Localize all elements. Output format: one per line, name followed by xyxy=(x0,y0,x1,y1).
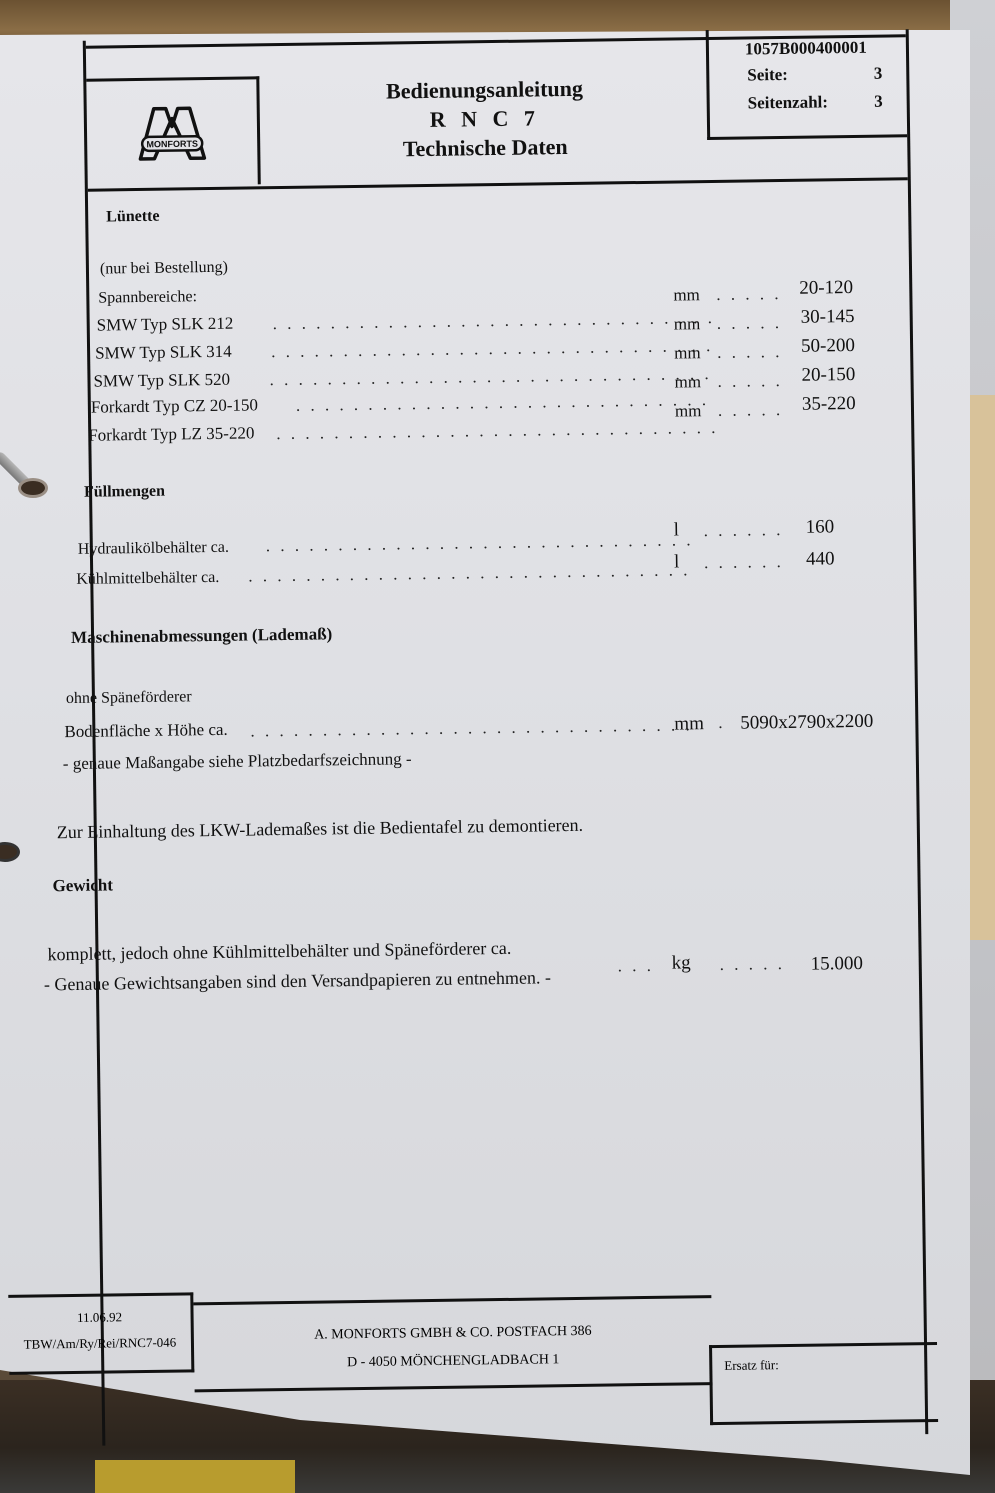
document-footer: 11.06.92 TBW/Am/Ry/Rei/RNC7-046 A. MONFO… xyxy=(8,1282,925,1425)
row-unit: mm xyxy=(675,401,702,421)
leader-dots: . . . . . xyxy=(720,954,786,975)
leader-dots: . . . . . . . . . . . . . . . . . . . . … xyxy=(296,390,709,416)
row-label: Hydraulikölbehälter ca. xyxy=(78,539,229,559)
leader-dots: . . . . . . . . . . . . . . . . . . . . … xyxy=(273,308,715,334)
abmessungen-subheading: ohne Späneförderer xyxy=(66,688,192,708)
row-value: 5090x2790x2200 xyxy=(740,711,873,735)
section-heading-luenette: Lünette xyxy=(106,208,160,227)
row-value: 20-150 xyxy=(801,364,855,387)
row-value: 160 xyxy=(805,516,834,538)
row-value: 50-200 xyxy=(801,335,855,358)
row-value: 15.000 xyxy=(811,953,864,976)
leader-dots: . . . . . . xyxy=(704,520,784,541)
footer-replacement-label: Ersatz für: xyxy=(724,1357,779,1373)
leader-dots: . . . xyxy=(618,956,655,977)
row-label: komplett, jedoch ohne Kühlmittelbehälter… xyxy=(47,938,511,965)
leader-dots: . . . . . . . . . . . . . . . . . . . . … xyxy=(276,418,718,444)
document-page: MONFORTS Bedienungsanleitung R N C 7 Tec… xyxy=(0,0,995,1493)
leader-dots: . . . . . . . . . . . . . . . . . . . . … xyxy=(266,530,694,556)
abmessungen-remark: Zur Einhaltung des LKW-Lademaßes ist die… xyxy=(57,815,584,843)
section-heading-gewicht: Gewicht xyxy=(52,875,113,896)
row-label: SMW Typ SLK 212 xyxy=(97,314,234,336)
leader-dots: . . . . . xyxy=(717,371,783,392)
row-unit: mm xyxy=(673,285,700,305)
leader-dots: . . . . . . . . . . . . . . . . . . . . … xyxy=(248,560,690,586)
row-unit: l xyxy=(673,519,679,541)
leader-dots: . . . . . . . . . . . . . . . . . . . . … xyxy=(269,364,711,390)
footer-company-line-2: D - 4050 MÖNCHENGLADBACH 1 xyxy=(194,1344,712,1379)
row-unit: mm xyxy=(674,372,701,392)
row-label: Forkardt Typ CZ 20-150 xyxy=(91,395,258,417)
leader-dots: . xyxy=(718,713,726,733)
footer-reference: TBW/Am/Ry/Rei/RNC7-046 xyxy=(9,1329,191,1358)
row-value: 30-145 xyxy=(801,306,855,329)
leader-dots: . . . . . . . . . . . . . . . . . . . . … xyxy=(271,336,713,362)
row-label: Kühlmittelbehälter ca. xyxy=(76,569,219,589)
footer-company-box: A. MONFORTS GMBH & CO. POSTFACH 386 D - … xyxy=(193,1295,712,1392)
footer-replacement-box: Ersatz für: xyxy=(709,1342,938,1425)
row-value: 20-120 xyxy=(799,277,853,300)
section-heading-fuellmengen: Füllmengen xyxy=(84,483,165,502)
leader-dots: . . . . . xyxy=(717,342,783,363)
footer-reference-box: 11.06.92 TBW/Am/Ry/Rei/RNC7-046 xyxy=(8,1292,194,1375)
leader-dots: . . . . . xyxy=(718,400,784,421)
leader-dots: . . . . . xyxy=(716,284,782,305)
row-label: Bodenfläche x Höhe ca. xyxy=(64,720,228,742)
abmessungen-note: - genaue Maßangabe siehe Platzbedarfszei… xyxy=(63,749,412,774)
row-label: Forkardt Typ LZ 35-220 xyxy=(88,423,254,445)
gewicht-note: - Genaue Gewichtsangaben sind den Versan… xyxy=(44,967,551,995)
leader-dots: . . . . . . xyxy=(704,552,784,573)
row-unit: mm xyxy=(674,713,704,735)
row-label: SMW Typ SLK 314 xyxy=(95,342,232,364)
row-unit: mm xyxy=(674,314,701,334)
section-heading-abmessungen: Maschinenabmessungen (Lademaß) xyxy=(71,624,332,648)
document-body: Lünette (nur bei Bestellung) Spannbereic… xyxy=(0,0,995,1493)
row-label: SMW Typ SLK 520 xyxy=(93,370,230,392)
row-unit: mm xyxy=(674,343,701,363)
row-unit: l xyxy=(674,551,680,573)
row-unit: kg xyxy=(672,952,691,974)
footer-date: 11.06.92 xyxy=(8,1303,190,1332)
row-value: 440 xyxy=(806,548,835,570)
leader-dots: . . . . . xyxy=(717,313,783,334)
row-value: 35-220 xyxy=(802,393,856,416)
luenette-subheading: Spannbereiche: xyxy=(98,288,197,307)
leader-dots: . . . . . . . . . . . . . . . . . . . . … xyxy=(250,715,692,741)
luenette-note: (nur bei Bestellung) xyxy=(100,259,228,279)
